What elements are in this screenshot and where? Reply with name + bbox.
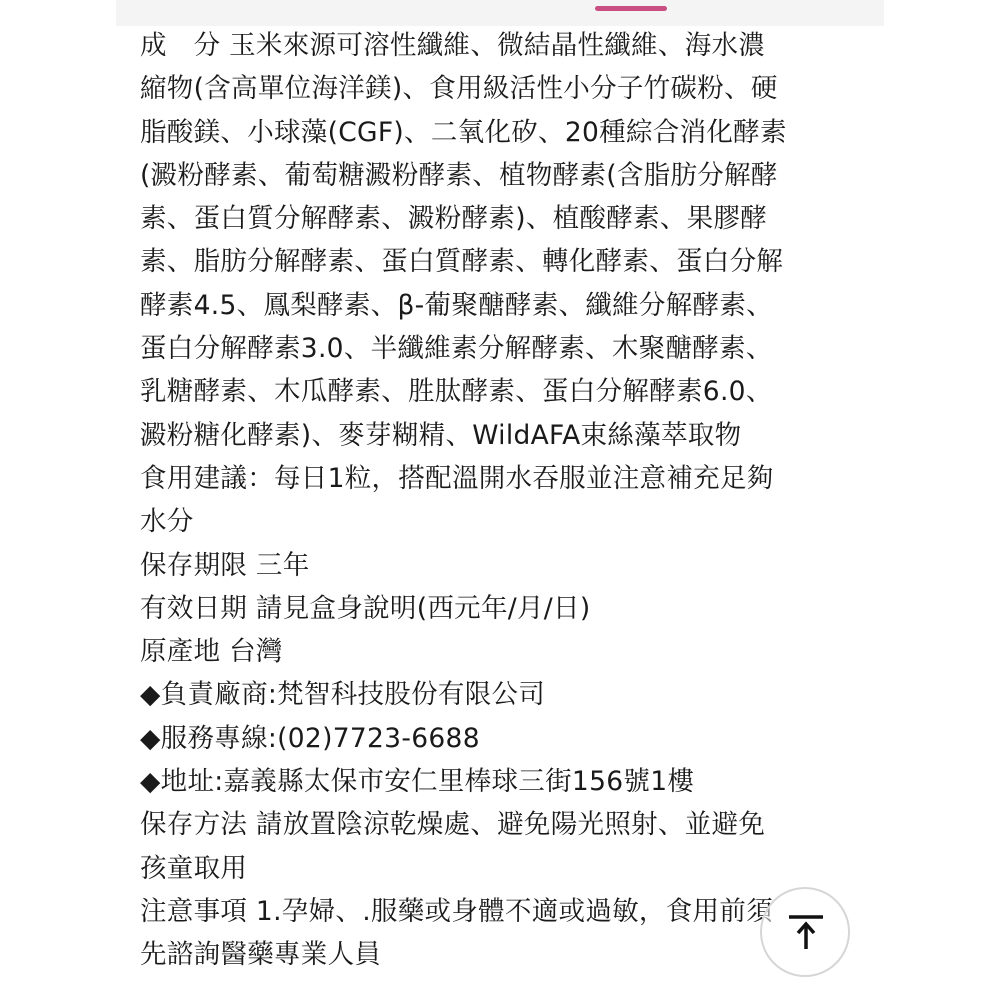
ingredients-line: 素、蛋白質分解酵素、澱粉酵素)、植酸酵素、果膠酵	[140, 197, 880, 240]
usage-line: 食用建議：每日1粒，搭配溫開水吞服並注意補充足夠	[140, 457, 880, 500]
product-description-page: 成 分 玉米來源可溶性纖維、微結晶性纖維、海水濃 縮物(含高單位海洋鎂)、食用級…	[116, 0, 884, 1000]
ingredients-line: 素、脂肪分解酵素、蛋白質酵素、轉化酵素、蛋白分解	[140, 240, 880, 283]
ingredients-line: 乳糖酵素、木瓜酵素、胜肽酵素、蛋白分解酵素6.0、	[140, 370, 880, 413]
ingredients-line: (澱粉酵素、葡萄糖澱粉酵素、植物酵素(含脂肪分解酵	[140, 154, 880, 197]
manufacturer-line: ◆負責廠商:梵智科技股份有限公司	[140, 673, 880, 716]
ingredients-line: 蛋白分解酵素3.0、半纖維素分解酵素、木聚醣酵素、	[140, 327, 880, 370]
service-phone-line: ◆服務專線:(02)7723-6688	[140, 717, 880, 760]
ingredients-line: 成 分 玉米來源可溶性纖維、微結晶性纖維、海水濃	[140, 24, 880, 67]
tab-indicator	[595, 6, 667, 11]
top-bar	[116, 0, 884, 26]
storage-line: 孩童取用	[140, 847, 880, 890]
shelf-life-line: 保存期限 三年	[140, 544, 880, 587]
address-line: ◆地址:嘉義縣太保市安仁里棒球三街156號1樓	[140, 760, 880, 803]
usage-line: 水分	[140, 500, 880, 543]
arrow-up-to-top-icon	[785, 911, 827, 953]
origin-line: 原產地 台灣	[140, 630, 880, 673]
ingredients-line: 酵素4.5、鳳梨酵素、β-葡聚醣酵素、纖維分解酵素、	[140, 284, 880, 327]
storage-line: 保存方法 請放置陰涼乾燥處、避免陽光照射、並避免	[140, 803, 880, 846]
back-to-top-button[interactable]	[760, 887, 850, 977]
expiry-line: 有效日期 請見盒身說明(西元年/月/日)	[140, 587, 880, 630]
ingredients-line: 縮物(含高單位海洋鎂)、食用級活性小分子竹碳粉、硬	[140, 67, 880, 110]
ingredients-line: 澱粉糖化酵素)、麥芽糊精、WildAFA束絲藻萃取物	[140, 414, 880, 457]
product-spec-text: 成 分 玉米來源可溶性纖維、微結晶性纖維、海水濃 縮物(含高單位海洋鎂)、食用級…	[140, 24, 880, 977]
ingredients-line: 脂酸鎂、小球藻(CGF)、二氧化矽、20種綜合消化酵素	[140, 111, 880, 154]
